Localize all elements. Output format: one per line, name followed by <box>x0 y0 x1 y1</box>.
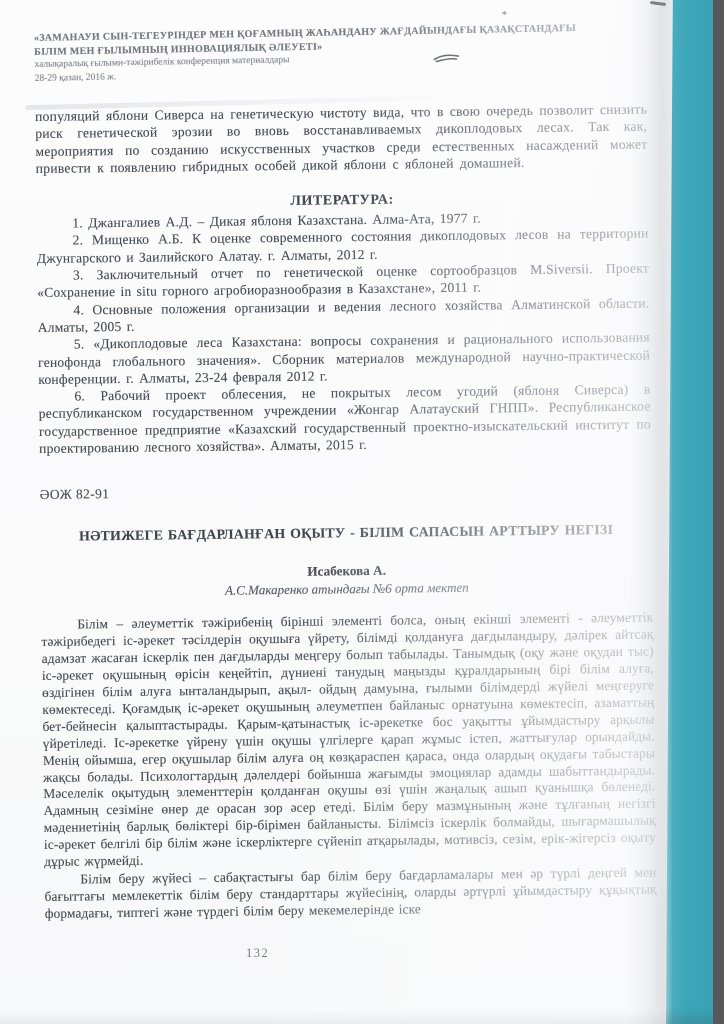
previous-article-closing-paragraph: популяций яблони Сиверса на генетическую… <box>35 101 648 178</box>
reference-item: 5. «Дикоплодовые леса Казахстана: вопрос… <box>38 329 651 388</box>
conference-header: * «ЗАМАНАУИ СЫН-ТЕГЕУРІНДЕР МЕН ҚОҒАМНЫҢ… <box>34 21 647 86</box>
body-paragraph: Білім – әлеуметтік тәжірибенің бірінші э… <box>41 610 656 871</box>
reference-item: 6. Рабочий проект облесения, не покрытых… <box>38 381 651 458</box>
page-edge-shading <box>628 0 672 1024</box>
reference-list: 1. Джангалиев А.Д. – Дикая яблоня Казахс… <box>36 208 651 458</box>
article-title: НӘТИЖЕГЕ БАҒДАРЛАНҒАН ОҚЫТУ - БІЛІМ САПА… <box>40 522 652 545</box>
ink-dot-artifact: * <box>502 9 508 23</box>
page-content: * «ЗАМАНАУИ СЫН-ТЕГЕУРІНДЕР МЕН ҚОҒАМНЫҢ… <box>34 23 657 923</box>
pen-scribble-mark <box>432 51 466 64</box>
book-cover-edge <box>666 0 714 1024</box>
body-paragraph: Білім беру жүйесі – сабақтастығы бар біл… <box>44 864 657 922</box>
scanner-background-edge <box>713 0 724 1024</box>
page-number: 132 <box>246 946 269 961</box>
scanned-book-page: * «ЗАМАНАУИ СЫН-ТЕГЕУРІНДЕР МЕН ҚОҒАМНЫҢ… <box>0 0 724 1024</box>
article-body: Білім – әлеуметтік тәжірибенің бірінші э… <box>41 610 657 923</box>
udc-code: ӘОЖ 82-91 <box>40 480 652 503</box>
